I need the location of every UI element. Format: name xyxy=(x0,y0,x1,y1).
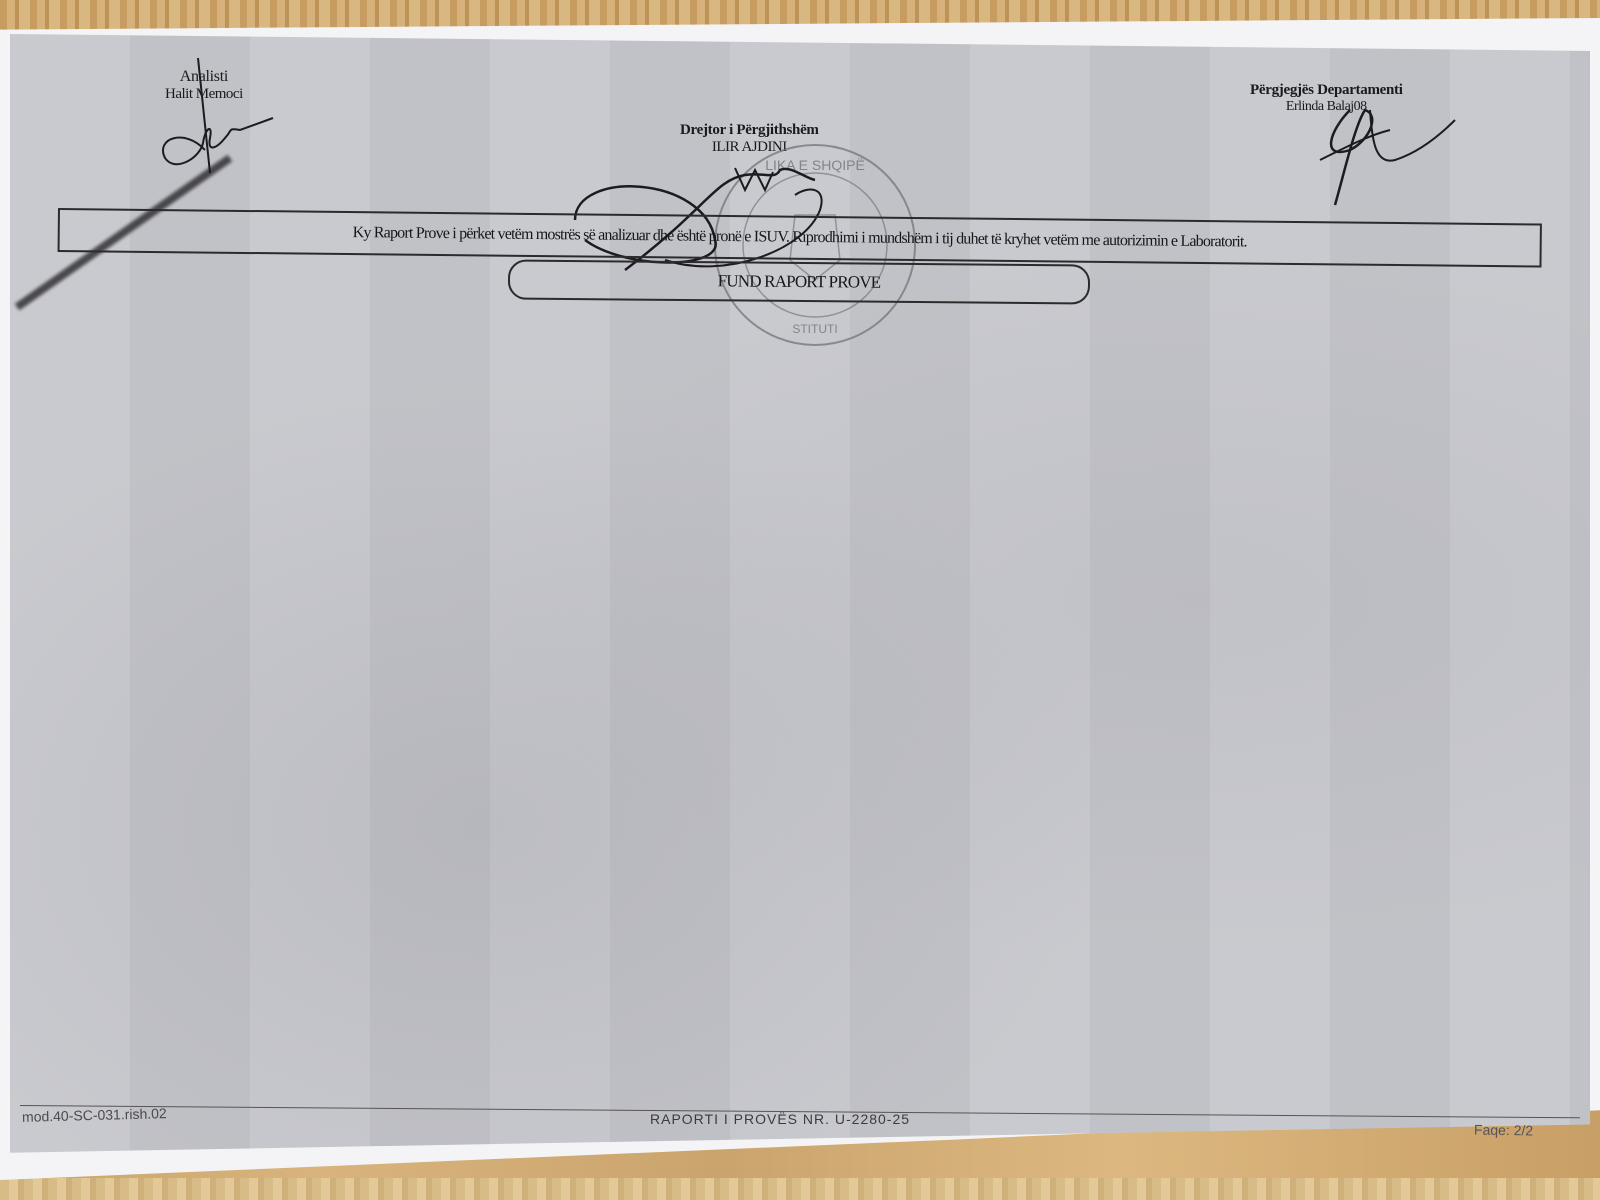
analyst-handwritten-signature-icon xyxy=(155,58,285,188)
wooden-table-background-bottom xyxy=(0,1178,1600,1200)
end-of-report-label: FUND RAPORT PROVE xyxy=(718,271,881,292)
end-of-report-box: FUND RAPORT PROVE xyxy=(508,259,1090,304)
department-head-handwritten-signature-icon xyxy=(1310,90,1470,215)
report-number: RAPORTI I PROVËS NR. U-2280-25 xyxy=(650,1111,910,1127)
page-number: Faqe: 2/2 xyxy=(1474,1121,1533,1138)
svg-text:STITUTI: STITUTI xyxy=(792,322,837,336)
ownership-notice: Ky Raport Prove i përket vetëm mostrës s… xyxy=(353,224,1247,251)
